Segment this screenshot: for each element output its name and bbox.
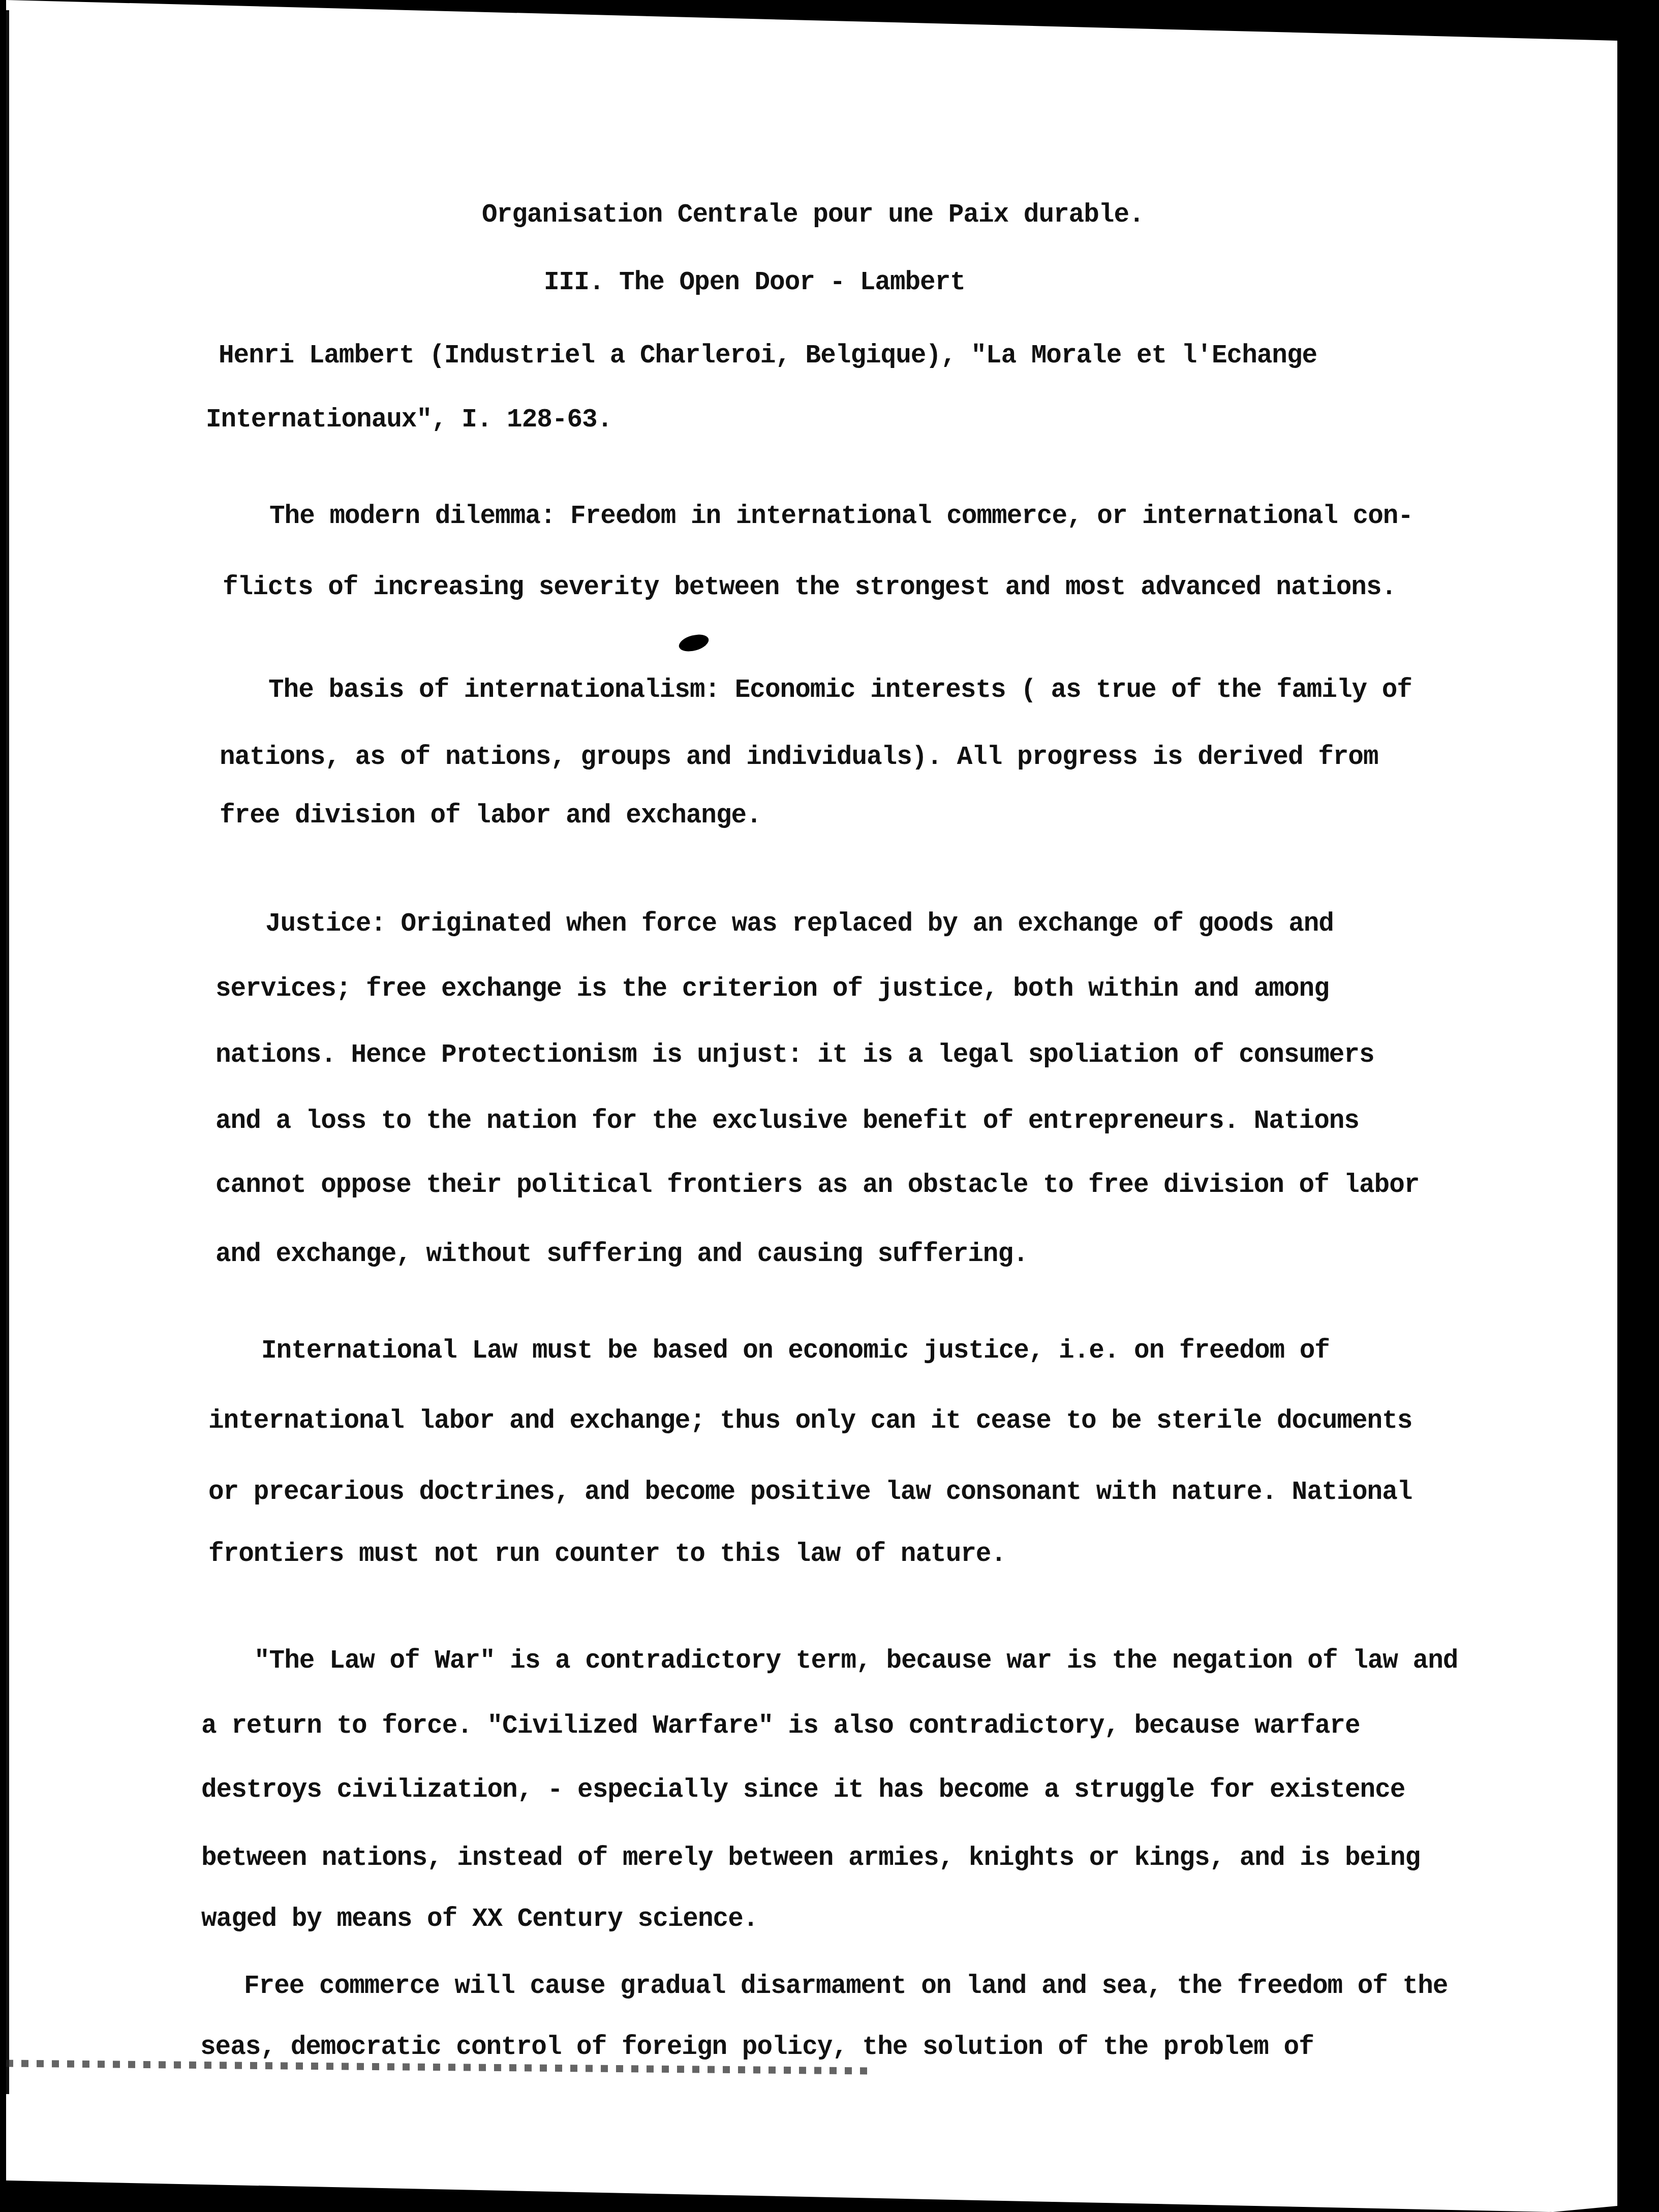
- page-edge-shadow: [6, 10, 9, 2094]
- citation-line: Internationaux", I. 128-63.: [206, 406, 612, 435]
- paragraph-line: International Law must be based on econo…: [261, 1337, 1330, 1366]
- citation-line: Henri Lambert (Industriel a Charleroi, B…: [219, 342, 1317, 371]
- paragraph-line: "The Law of War" is a contradictory term…: [254, 1647, 1458, 1676]
- paragraph-line: international labor and exchange; thus o…: [208, 1407, 1412, 1436]
- paragraph-line: flicts of increasing severity between th…: [223, 573, 1396, 602]
- paragraph-line: destroys civilization, - especially sinc…: [201, 1776, 1405, 1805]
- section-subheading: III. The Open Door - Lambert: [544, 268, 965, 297]
- paragraph-line: frontiers must not run counter to this l…: [208, 1540, 1006, 1569]
- paragraph-line: and exchange, without suffering and caus…: [216, 1240, 1028, 1269]
- paragraph-line: Free commerce will cause gradual disarma…: [244, 1972, 1448, 2001]
- paragraph-line: services; free exchange is the criterion…: [216, 975, 1329, 1004]
- paragraph-line: nations. Hence Protectionism is unjust: …: [216, 1041, 1374, 1070]
- paragraph-line: between nations, instead of merely betwe…: [201, 1844, 1420, 1873]
- paragraph-line: The modern dilemma: Freedom in internati…: [269, 502, 1413, 531]
- paragraph-line: Justice: Originated when force was repla…: [265, 910, 1334, 939]
- paragraph-line: seas, democratic control of foreign poli…: [200, 2033, 1314, 2062]
- document-page: [6, 0, 1617, 2212]
- paragraph-line: The basis of internationalism: Economic …: [268, 676, 1412, 705]
- paragraph-line: cannot oppose their political frontiers …: [216, 1171, 1419, 1200]
- paragraph-line: nations, as of nations, groups and indiv…: [220, 743, 1378, 772]
- paragraph-line: a return to force. "Civilized Warfare" i…: [201, 1712, 1360, 1741]
- paragraph-line: waged by means of XX Century science.: [201, 1905, 758, 1934]
- paragraph-line: or precarious doctrines, and become posi…: [208, 1478, 1412, 1507]
- document-heading: Organisation Centrale pour une Paix dura…: [482, 201, 1144, 230]
- paragraph-line: free division of labor and exchange.: [220, 802, 761, 831]
- paragraph-line: and a loss to the nation for the exclusi…: [216, 1107, 1359, 1136]
